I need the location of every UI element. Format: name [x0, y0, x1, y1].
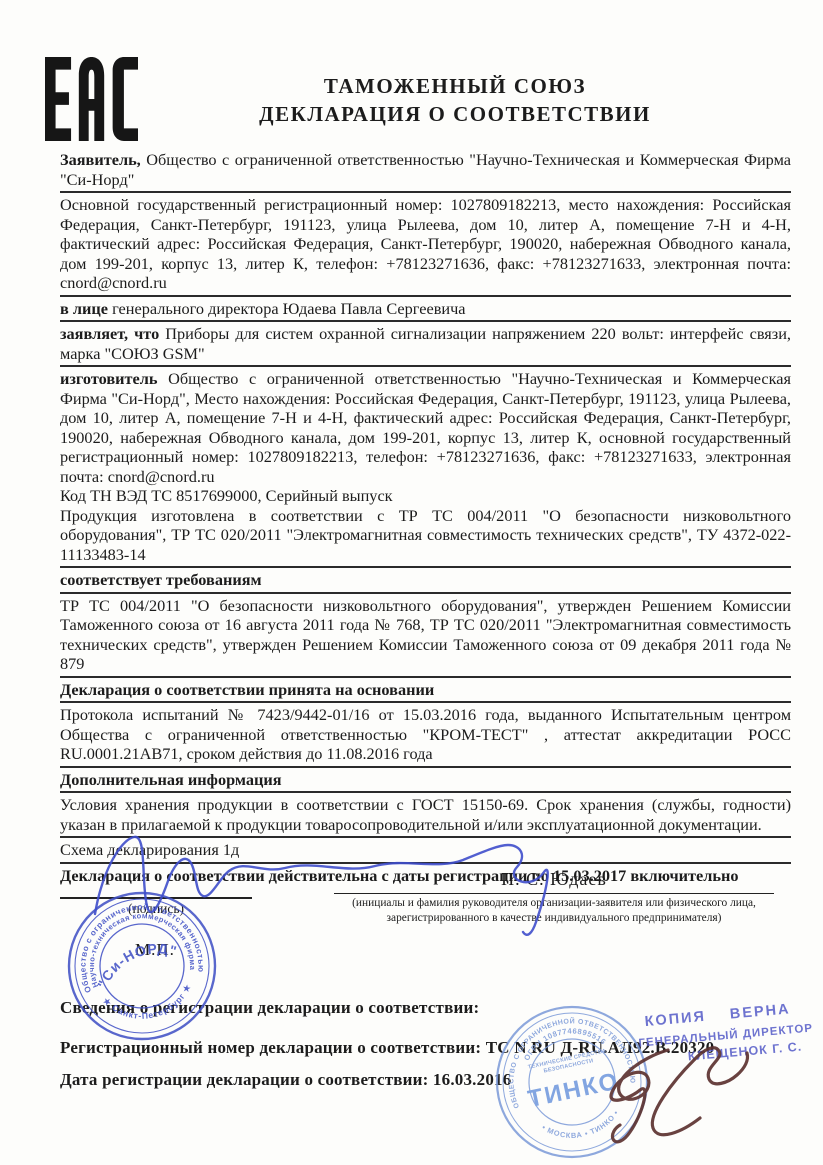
head-name-line	[334, 893, 774, 894]
title-line-1: ТАМОЖЕННЫЙ СОЮЗ	[150, 72, 760, 100]
made-in-accordance-line: Продукция изготовлена в соответствии с Т…	[60, 506, 791, 565]
divider	[60, 701, 791, 703]
head-caption-line-2: зарегистрированного в качестве индивидуа…	[334, 911, 774, 926]
divider	[60, 766, 791, 768]
document-title: ТАМОЖЕННЫЙ СОЮЗ ДЕКЛАРАЦИЯ О СООТВЕТСТВИ…	[150, 72, 760, 128]
divider	[60, 320, 791, 322]
tnved-code-line: Код ТН ВЭД ТС 8517699000, Серийный выпус…	[60, 486, 791, 506]
person-label: в лице	[60, 299, 108, 318]
divider	[60, 566, 791, 568]
declares-text: Приборы для систем охранной сигнализации…	[60, 324, 791, 363]
head-caption: (инициалы и фамилия руководителя организ…	[334, 896, 774, 925]
requirements-text: ТР ТС 004/2011 "О безопасности низковоль…	[60, 596, 791, 674]
additional-info-header: Дополнительная информация	[60, 770, 791, 790]
document-body: Заявитель, Общество с ограниченной ответ…	[60, 150, 791, 885]
additional-info-text: Условия хранения продукции в соответстви…	[60, 795, 791, 834]
eac-logo: EAC	[45, 57, 138, 141]
basis-header: Декларация о соответствии принята на осн…	[60, 680, 791, 700]
divider	[60, 295, 791, 297]
divider	[60, 862, 791, 864]
divider	[60, 791, 791, 793]
registration-date-line: Дата регистрации декларации о соответств…	[60, 1070, 791, 1090]
applicant-paragraph: Заявитель, Общество с ограниченной ответ…	[60, 150, 791, 189]
divider	[60, 676, 791, 678]
ogrn-paragraph: Основной государственный регистрационный…	[60, 195, 791, 293]
title-line-2: ДЕКЛАРАЦИЯ О СООТВЕТСТВИИ	[150, 100, 760, 128]
applicant-text: Общество с ограниченной ответственностью…	[60, 150, 791, 189]
declares-paragraph: заявляет, что Приборы для систем охранно…	[60, 324, 791, 363]
divider	[60, 592, 791, 594]
manufacturer-text: Общество с ограниченной ответственностью…	[60, 369, 791, 486]
applicant-label: Заявитель,	[60, 150, 141, 169]
manufacturer-paragraph: изготовитель Общество с ограниченной отв…	[60, 369, 791, 486]
declaration-scheme-line: Схема декларирования 1д	[60, 840, 791, 860]
person-text: генерального директора Юдаева Павла Серг…	[108, 299, 466, 318]
declaration-document: EAC ТАМОЖЕННЫЙ СОЮЗ ДЕКЛАРАЦИЯ О СООТВЕТ…	[0, 0, 823, 1165]
signature-left-column: (подпись)	[60, 866, 252, 917]
divider	[60, 365, 791, 367]
head-caption-line-1: (инициалы и фамилия руководителя организ…	[334, 896, 774, 911]
tinko-stamp-bottom-text: • МОСКВА • ТИНКО •	[539, 1107, 624, 1147]
basis-text: Протокола испытаний № 7423/9442-01/16 от…	[60, 705, 791, 764]
signature-right-column: П. С. Юдаев (инициалы и фамилия руководи…	[334, 866, 774, 925]
divider	[60, 836, 791, 838]
eac-logo-glyphs	[45, 57, 138, 141]
person-paragraph: в лице генерального директора Юдаева Пав…	[60, 299, 791, 319]
requirements-header: соответствует требованиям	[60, 570, 791, 590]
declares-label: заявляет, что	[60, 324, 159, 343]
stamp-place-label: М.П.	[135, 940, 175, 960]
divider	[60, 191, 791, 193]
signature-line	[60, 897, 252, 899]
manufacturer-label: изготовитель	[60, 369, 158, 388]
head-name: П. С. Юдаев	[334, 869, 774, 890]
signature-caption: (подпись)	[60, 901, 252, 917]
